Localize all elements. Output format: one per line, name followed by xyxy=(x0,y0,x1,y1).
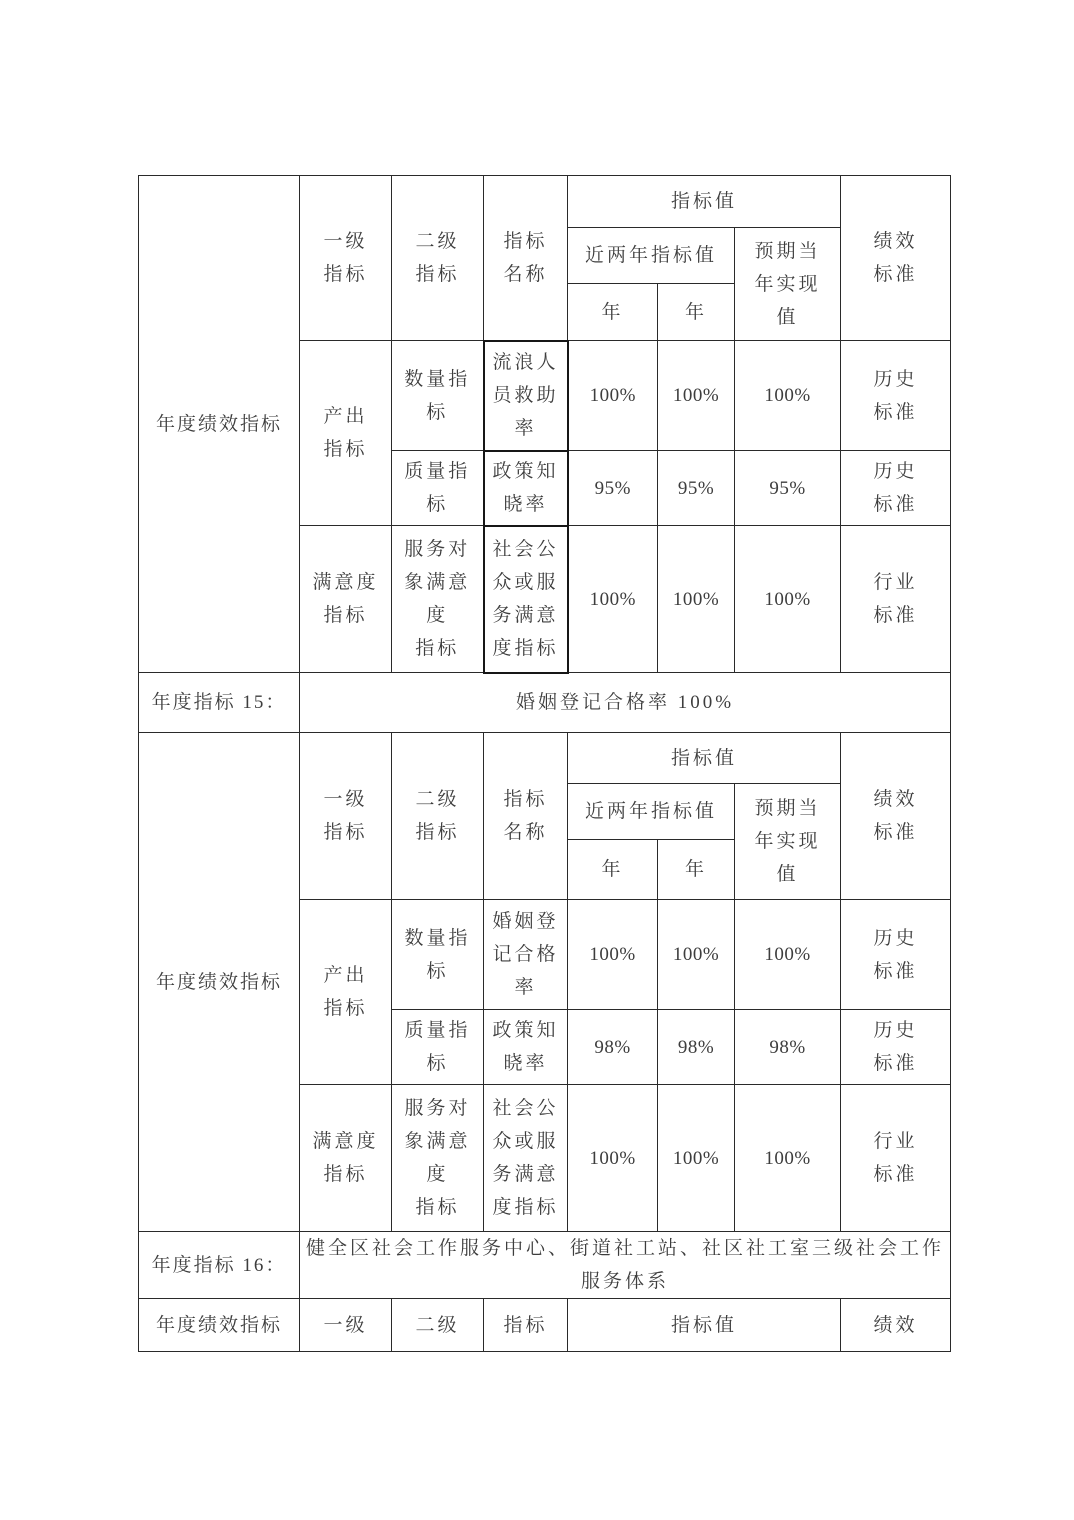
bottom-header-indicator: 指标 xyxy=(484,1299,568,1352)
block1-header-year-b: 年 xyxy=(658,284,735,341)
block1-row3-year-a-value: 100% xyxy=(568,526,658,673)
block1-indicator-name-1: 流浪人 员救助 率 xyxy=(484,341,568,451)
annual-indicator-15-content: 婚姻登记合格率 100% xyxy=(300,673,951,733)
block2-row1-year-a-value: 100% xyxy=(568,900,658,1010)
block1-row1-year-a-value: 100% xyxy=(568,341,658,451)
block1-level1-output: 产出 指标 xyxy=(300,341,392,526)
block2-header-performance-standard: 绩效 标准 xyxy=(841,733,951,900)
block1-header-performance-standard: 绩效 标准 xyxy=(841,176,951,341)
block1-row1-year-b-value: 100% xyxy=(658,341,735,451)
block2-row3-expected-value: 100% xyxy=(735,1085,841,1232)
block1-header-level2: 二级 指标 xyxy=(392,176,484,341)
block2-header-expected-current-year: 预期当 年实现 值 xyxy=(735,784,841,900)
block2-indicator-name-2: 政策知 晓率 xyxy=(484,1010,568,1085)
block2-row2-standard: 历史 标准 xyxy=(841,1010,951,1085)
block1-header-level1: 一级 指标 xyxy=(300,176,392,341)
block2-header-recent-two-years: 近两年指标值 xyxy=(568,784,735,840)
block1-header-expected-current-year: 预期当 年实现 值 xyxy=(735,228,841,341)
annual-indicator-16-content: 健全区社会工作服务中心、街道社工站、社区社工室三级社会工作 服务体系 xyxy=(300,1232,951,1299)
block1-row3-standard: 行业 标准 xyxy=(841,526,951,673)
block1-row3-year-b-value: 100% xyxy=(658,526,735,673)
block2-row2-expected-value: 98% xyxy=(735,1010,841,1085)
block2-indicator-name-1: 婚姻登 记合格 率 xyxy=(484,900,568,1010)
block2-row-label: 年度绩效指标 xyxy=(139,733,300,1232)
block2-row2-year-b-value: 98% xyxy=(658,1010,735,1085)
document-page: 年度绩效指标 一级 指标 二级 指标 指标 名称 指标值 绩效 标准 近两年指标… xyxy=(0,0,1074,1520)
block2-header-year-a: 年 xyxy=(568,840,658,900)
bottom-header-indicator-value: 指标值 xyxy=(568,1299,841,1352)
block1-header-year-a: 年 xyxy=(568,284,658,341)
bottom-header-level1: 一级 xyxy=(300,1299,392,1352)
block2-indicator-name-3: 社会公 众或服 务满意 度指标 xyxy=(484,1085,568,1232)
block2-level2-service-target: 服务对 象满意 度 指标 xyxy=(392,1085,484,1232)
block1-row1-standard: 历史 标准 xyxy=(841,341,951,451)
block2-level1-satisfaction: 满意度 指标 xyxy=(300,1085,392,1232)
annual-indicator-16-label: 年度指标 16： xyxy=(139,1232,300,1299)
block1-row2-year-b-value: 95% xyxy=(658,451,735,526)
annual-indicator-15-label: 年度指标 15： xyxy=(139,673,300,733)
block1-row3-expected-value: 100% xyxy=(735,526,841,673)
block1-level1-satisfaction: 满意度 指标 xyxy=(300,526,392,673)
block2-row3-standard: 行业 标准 xyxy=(841,1085,951,1232)
block1-header-indicator-value: 指标值 xyxy=(568,176,841,228)
block2-header-level1: 一级 指标 xyxy=(300,733,392,900)
block1-row-label: 年度绩效指标 xyxy=(139,176,300,673)
block2-header-indicator-value: 指标值 xyxy=(568,733,841,784)
performance-indicator-table: 年度绩效指标 一级 指标 二级 指标 指标 名称 指标值 绩效 标准 近两年指标… xyxy=(138,175,951,1352)
block2-level2-quantity: 数量指 标 xyxy=(392,900,484,1010)
block1-row2-year-a-value: 95% xyxy=(568,451,658,526)
block2-row1-year-b-value: 100% xyxy=(658,900,735,1010)
block2-row1-expected-value: 100% xyxy=(735,900,841,1010)
block1-indicator-name-2: 政策知 晓率 xyxy=(484,451,568,526)
block1-row2-expected-value: 95% xyxy=(735,451,841,526)
block1-row2-standard: 历史 标准 xyxy=(841,451,951,526)
block2-header-indicator-name: 指标 名称 xyxy=(484,733,568,900)
block2-header-level2: 二级 指标 xyxy=(392,733,484,900)
bottom-row-label: 年度绩效指标 xyxy=(139,1299,300,1352)
bottom-header-level2: 二级 xyxy=(392,1299,484,1352)
block1-header-recent-two-years: 近两年指标值 xyxy=(568,228,735,284)
block1-header-indicator-name: 指标 名称 xyxy=(484,176,568,341)
bottom-header-standard: 绩效 xyxy=(841,1299,951,1352)
block2-header-year-b: 年 xyxy=(658,840,735,900)
block1-level2-service-target: 服务对 象满意 度 指标 xyxy=(392,526,484,673)
block2-row1-standard: 历史 标准 xyxy=(841,900,951,1010)
block1-row1-expected-value: 100% xyxy=(735,341,841,451)
block2-level1-output: 产出 指标 xyxy=(300,900,392,1085)
block1-indicator-name-3: 社会公 众或服 务满意 度指标 xyxy=(484,526,568,673)
block1-level2-quantity: 数量指 标 xyxy=(392,341,484,451)
block2-level2-quality: 质量指 标 xyxy=(392,1010,484,1085)
block2-row3-year-b-value: 100% xyxy=(658,1085,735,1232)
block2-row2-year-a-value: 98% xyxy=(568,1010,658,1085)
block1-level2-quality: 质量指 标 xyxy=(392,451,484,526)
block2-row3-year-a-value: 100% xyxy=(568,1085,658,1232)
